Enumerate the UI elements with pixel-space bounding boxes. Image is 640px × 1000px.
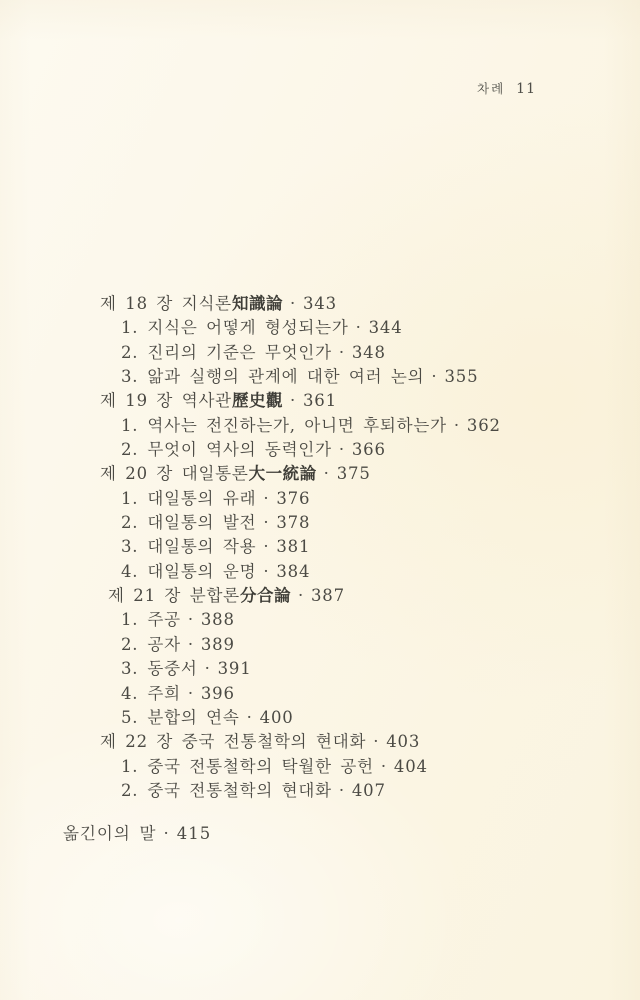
toc-item-row: 1.주공·388 [0, 608, 640, 632]
toc-item-row: 1.역사는 전진하는가, 아니면 후퇴하는가·362 [0, 414, 640, 438]
entry-number: 3. [121, 367, 138, 386]
entry-number: 5. [121, 708, 138, 727]
entry-separator-dot: · [188, 633, 194, 657]
entry-title: 지식은 어떻게 형성되는가 [147, 318, 348, 337]
backmatter-page-number: 415 [177, 824, 212, 843]
entry-separator-dot: · [339, 438, 345, 462]
entry-hanja-title: 分合論 [240, 586, 291, 605]
entry-page-number: 396 [201, 684, 235, 703]
entry-separator-dot: · [263, 535, 269, 559]
entry-title: 주공 [147, 610, 180, 629]
entry-page-number: 366 [352, 440, 386, 459]
entry-title: 제 19 장 역사관 [100, 391, 232, 410]
entry-title: 대일통의 유래 [147, 489, 256, 508]
entry-page-number: 400 [260, 708, 294, 727]
entry-separator-dot: · [339, 341, 345, 365]
entry-hanja-title: 歷史觀 [232, 391, 283, 410]
entry-page-number: 388 [201, 610, 235, 629]
toc-chapter-row: 제 22 장 중국 전통철학의 현대화·403 [0, 730, 640, 754]
toc-item-row: 3.앎과 실행의 관계에 대한 여러 논의·355 [0, 365, 640, 389]
entry-number: 2. [121, 781, 138, 800]
entry-separator-dot: · [290, 292, 296, 316]
toc-item-row: 5.분합의 연속·400 [0, 706, 640, 730]
entry-page-number: 355 [444, 367, 478, 386]
entry-title: 대일통의 발전 [147, 513, 256, 532]
entry-title: 제 21 장 분합론 [108, 586, 240, 605]
entry-number: 2. [121, 635, 138, 654]
entry-number: 1. [121, 610, 138, 629]
entry-separator-dot: · [339, 779, 345, 803]
entry-page-number: 348 [352, 343, 386, 362]
entry-separator-dot: · [454, 414, 460, 438]
entry-title: 진리의 기준은 무엇인가 [147, 343, 331, 362]
entry-number: 3. [121, 659, 138, 678]
entry-title: 무엇이 역사의 동력인가 [147, 440, 331, 459]
entry-page-number: 343 [303, 294, 337, 313]
entry-page-number: 391 [218, 659, 252, 678]
entry-separator-dot: · [188, 608, 194, 632]
entry-number: 1. [121, 318, 138, 337]
entry-separator-dot: · [205, 657, 211, 681]
entry-title: 제 22 장 중국 전통철학의 현대화 [100, 732, 366, 751]
entry-page-number: 404 [394, 757, 428, 776]
toc-item-row: 1.지식은 어떻게 형성되는가·344 [0, 316, 640, 340]
entry-number: 2. [121, 440, 138, 459]
toc-item-row: 2.공자·389 [0, 633, 640, 657]
entry-title: 앎과 실행의 관계에 대한 여러 논의 [147, 367, 424, 386]
entry-title: 제 18 장 지식론 [100, 294, 232, 313]
toc-item-row: 2.대일통의 발전·378 [0, 511, 640, 535]
entry-page-number: 378 [276, 513, 310, 532]
running-head-page-number: 11 [516, 81, 536, 97]
toc-item-row: 4.대일통의 운명·384 [0, 560, 640, 584]
entry-separator-dot: · [263, 487, 269, 511]
entry-page-number: 384 [276, 562, 310, 581]
backmatter-entry: 옮긴이의 말·415 [63, 822, 211, 846]
entry-page-number: 344 [369, 318, 403, 337]
entry-number: 3. [121, 537, 138, 556]
toc-item-row: 2.중국 전통철학의 현대화·407 [0, 779, 640, 803]
entry-separator-dot: · [247, 706, 253, 730]
entry-separator-dot: · [381, 755, 387, 779]
entry-separator-dot: · [356, 316, 362, 340]
entry-separator-dot: · [290, 389, 296, 413]
entry-title: 공자 [147, 635, 180, 654]
entry-page-number: 361 [303, 391, 337, 410]
toc-item-row: 1.대일통의 유래·376 [0, 487, 640, 511]
entry-page-number: 381 [276, 537, 310, 556]
entry-hanja-title: 知識論 [232, 294, 283, 313]
entry-title: 중국 전통철학의 탁월한 공헌 [147, 757, 374, 776]
entry-separator-dot: · [163, 822, 169, 846]
toc-item-row: 2.무엇이 역사의 동력인가·366 [0, 438, 640, 462]
entry-title: 동중서 [147, 659, 197, 678]
entry-number: 4. [121, 684, 138, 703]
toc-item-row: 1.중국 전통철학의 탁월한 공헌·404 [0, 755, 640, 779]
toc-item-row: 4.주희·396 [0, 682, 640, 706]
entry-page-number: 403 [386, 732, 420, 751]
toc-list: 제 18 장 지식론知識論·3431.지식은 어떻게 형성되는가·3442.진리… [0, 292, 640, 803]
running-head: 차례 11 [477, 79, 536, 97]
entry-page-number: 376 [276, 489, 310, 508]
entry-page-number: 362 [467, 416, 501, 435]
entry-number: 2. [121, 513, 138, 532]
entry-number: 4. [121, 562, 138, 581]
backmatter-label: 옮긴이의 말 [63, 824, 156, 843]
toc-item-row: 2.진리의 기준은 무엇인가·348 [0, 341, 640, 365]
entry-number: 1. [121, 416, 138, 435]
toc-item-row: 3.동중서·391 [0, 657, 640, 681]
entry-title: 역사는 전진하는가, 아니면 후퇴하는가 [147, 416, 447, 435]
entry-page-number: 375 [337, 464, 371, 483]
toc-chapter-row: 제 21 장 분합론分合論·387 [0, 584, 640, 608]
toc-item-row: 3.대일통의 작용·381 [0, 535, 640, 559]
entry-page-number: 407 [352, 781, 386, 800]
entry-separator-dot: · [263, 511, 269, 535]
entry-hanja-title: 大一統論 [249, 464, 317, 483]
toc-chapter-row: 제 20 장 대일통론大一統論·375 [0, 462, 640, 486]
entry-title: 주희 [147, 684, 180, 703]
entry-separator-dot: · [431, 365, 437, 389]
running-head-title: 차례 [477, 79, 505, 97]
entry-separator-dot: · [188, 682, 194, 706]
entry-page-number: 389 [201, 635, 235, 654]
entry-separator-dot: · [373, 730, 379, 754]
entry-number: 2. [121, 343, 138, 362]
entry-separator-dot: · [263, 560, 269, 584]
entry-page-number: 387 [311, 586, 345, 605]
entry-separator-dot: · [298, 584, 304, 608]
entry-number: 1. [121, 757, 138, 776]
entry-title: 제 20 장 대일통론 [100, 464, 249, 483]
entry-separator-dot: · [324, 462, 330, 486]
entry-title: 대일통의 운명 [147, 562, 256, 581]
entry-title: 분합의 연속 [147, 708, 239, 727]
entry-title: 대일통의 작용 [147, 537, 256, 556]
toc-chapter-row: 제 18 장 지식론知識論·343 [0, 292, 640, 316]
toc-chapter-row: 제 19 장 역사관歷史觀·361 [0, 389, 640, 413]
entry-title: 중국 전통철학의 현대화 [147, 781, 331, 800]
entry-number: 1. [121, 489, 138, 508]
